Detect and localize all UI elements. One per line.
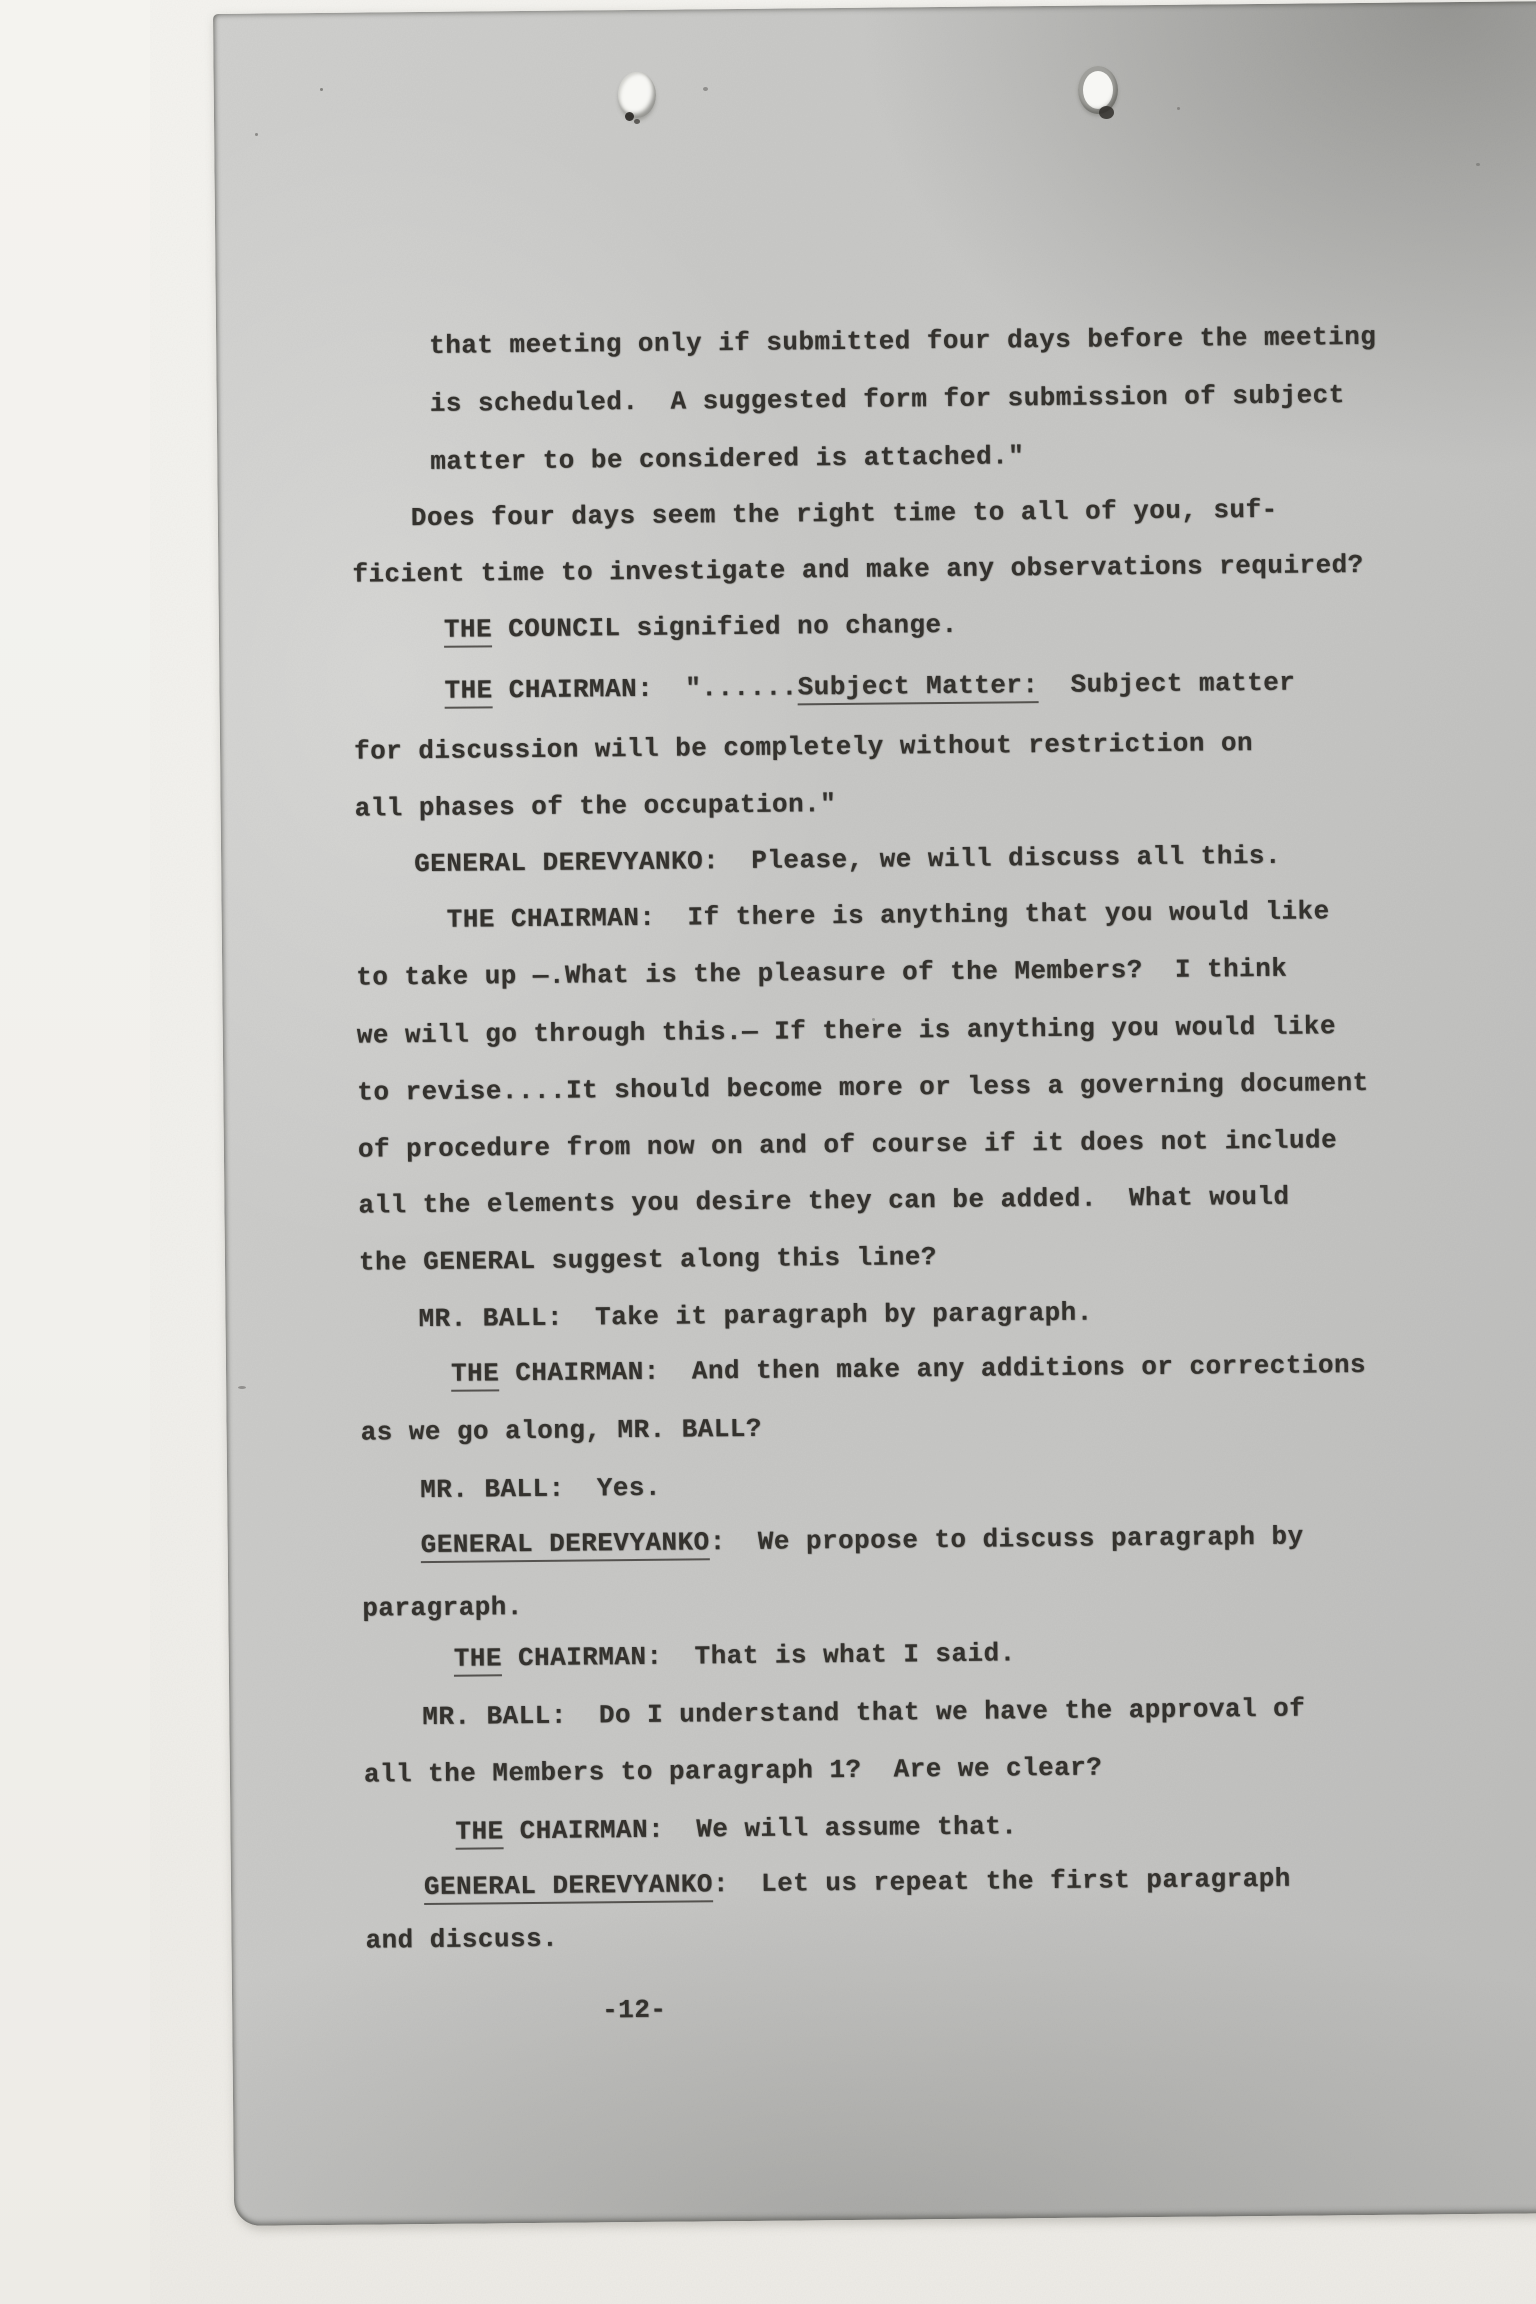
underlined-text: THE — [451, 1358, 499, 1391]
punch-hole-left — [618, 72, 656, 118]
text-run: COUNCIL signified no change. — [492, 610, 958, 644]
text-line: MR. BALL: Take it paragraph by paragraph… — [418, 1298, 1092, 1334]
underlined-text: GENERAL DEREVYANKO — [424, 1869, 713, 1905]
underlined-text: THE — [444, 675, 492, 708]
text-line: and discuss. — [365, 1924, 558, 1956]
underlined-text: GENERAL DEREVYANKO — [421, 1527, 710, 1563]
text-line: we will go through this.— If there is an… — [357, 1011, 1336, 1050]
underlined-text: THE — [454, 1643, 502, 1676]
text-run: the GENERAL suggest along this line? — [359, 1242, 937, 1278]
text-line: THE CHAIRMAN: If there is anything that … — [447, 896, 1330, 934]
text-line: paragraph. — [362, 1592, 523, 1624]
text-run: GENERAL DEREVYANKO: Please, we will disc… — [414, 841, 1281, 879]
text-line: THE CHAIRMAN: And then make any addition… — [451, 1350, 1366, 1389]
text-line: ficient time to investigate and make any… — [352, 550, 1364, 590]
text-line: THE CHAIRMAN: We will assume that. — [455, 1811, 1017, 1846]
text-run: that meeting only if submitted four days… — [429, 322, 1376, 361]
text-run: all the Members to paragraph 1? Are we c… — [364, 1753, 1103, 1790]
text-run: of procedure from now on and of course i… — [358, 1125, 1337, 1164]
text-line: of procedure from now on and of course i… — [358, 1125, 1337, 1164]
punch-hole-right — [1078, 66, 1118, 114]
text-run: CHAIRMAN: And then make any additions or… — [499, 1350, 1366, 1388]
text-run: we will go through this.— If there is an… — [357, 1011, 1336, 1050]
underlined-text: THE — [455, 1816, 503, 1849]
underlined-text: THE — [444, 614, 492, 647]
text-run: : We propose to discuss paragraph by — [710, 1522, 1304, 1558]
text-line: for discussion will be completely withou… — [354, 728, 1253, 767]
text-run: all phases of the occupation." — [354, 789, 836, 824]
text-run: MR. BALL: Yes. — [420, 1473, 661, 1505]
text-run: to revise....It should become more or le… — [357, 1068, 1369, 1108]
ink-speck — [1476, 163, 1480, 166]
ink-speck — [255, 133, 258, 136]
text-line: MR. BALL: Yes. — [420, 1473, 661, 1505]
text-run: is scheduled. A suggested form for submi… — [430, 380, 1345, 419]
text-line: is scheduled. A suggested form for submi… — [430, 380, 1345, 419]
text-line: GENERAL DEREVYANKO: Please, we will disc… — [414, 841, 1281, 879]
text-run: MR. BALL: Take it paragraph by paragraph… — [418, 1298, 1092, 1334]
text-run: matter to be considered is attached." — [430, 441, 1024, 477]
scanned-page: -12- that meeting only if submitted four… — [213, 1, 1536, 2226]
text-run: CHAIRMAN: That is what I said. — [502, 1638, 1016, 1673]
text-line: all the elements you desire they can be … — [358, 1182, 1289, 1221]
ink-speck — [320, 88, 323, 91]
text-line: all phases of the occupation." — [354, 789, 836, 824]
text-run: paragraph. — [362, 1592, 523, 1624]
text-line: THE CHAIRMAN: "......Subject Matter: Sub… — [444, 668, 1295, 706]
ink-speck — [634, 119, 640, 124]
page-number: -12- — [602, 1995, 667, 2026]
text-run: to take up —.What is the pleasure of the… — [356, 954, 1287, 993]
text-run: : Let us repeat the first paragraph — [713, 1864, 1291, 1900]
text-run: for discussion will be completely withou… — [354, 728, 1253, 767]
text-run: THE CHAIRMAN: If there is anything that … — [447, 896, 1330, 934]
text-run: CHAIRMAN: We will assume that. — [503, 1811, 1017, 1846]
text-line: THE COUNCIL signified no change. — [444, 610, 958, 645]
text-line: the GENERAL suggest along this line? — [359, 1242, 937, 1278]
text-line: GENERAL DEREVYANKO: We propose to discus… — [421, 1522, 1304, 1560]
text-line: to revise....It should become more or le… — [357, 1068, 1369, 1108]
text-run: and discuss. — [365, 1924, 558, 1956]
text-line: that meeting only if submitted four days… — [429, 322, 1376, 361]
text-line: MR. BALL: Do I understand that we have t… — [422, 1694, 1305, 1732]
text-line: matter to be considered is attached." — [430, 441, 1024, 477]
text-run: Does four days seem the right time to al… — [411, 495, 1278, 533]
text-line: as we go along, MR. BALL? — [360, 1414, 762, 1448]
ink-speck — [703, 87, 708, 91]
text-run: Subject matter — [1038, 668, 1295, 700]
text-line: THE CHAIRMAN: That is what I said. — [454, 1638, 1016, 1673]
text-run: MR. BALL: Do I understand that we have t… — [422, 1694, 1305, 1732]
text-run: CHAIRMAN: "...... — [493, 672, 798, 705]
scan-background: -12- that meeting only if submitted four… — [0, 0, 1536, 2304]
text-line: all the Members to paragraph 1? Are we c… — [364, 1753, 1103, 1790]
ink-speck — [872, 1018, 875, 1021]
text-run: all the elements you desire they can be … — [358, 1182, 1289, 1221]
text-line: to take up —.What is the pleasure of the… — [356, 954, 1287, 993]
ink-speck — [1177, 107, 1180, 110]
text-line: GENERAL DEREVYANKO: Let us repeat the fi… — [424, 1864, 1291, 1902]
ink-speck — [238, 1386, 246, 1389]
text-run: ficient time to investigate and make any… — [352, 550, 1364, 590]
text-line: Does four days seem the right time to al… — [411, 495, 1278, 533]
hole-ink-smudge — [625, 112, 634, 121]
text-run: as we go along, MR. BALL? — [360, 1414, 762, 1448]
hole-ink-smudge — [1099, 106, 1114, 119]
underlined-text: Subject Matter: — [798, 670, 1039, 705]
